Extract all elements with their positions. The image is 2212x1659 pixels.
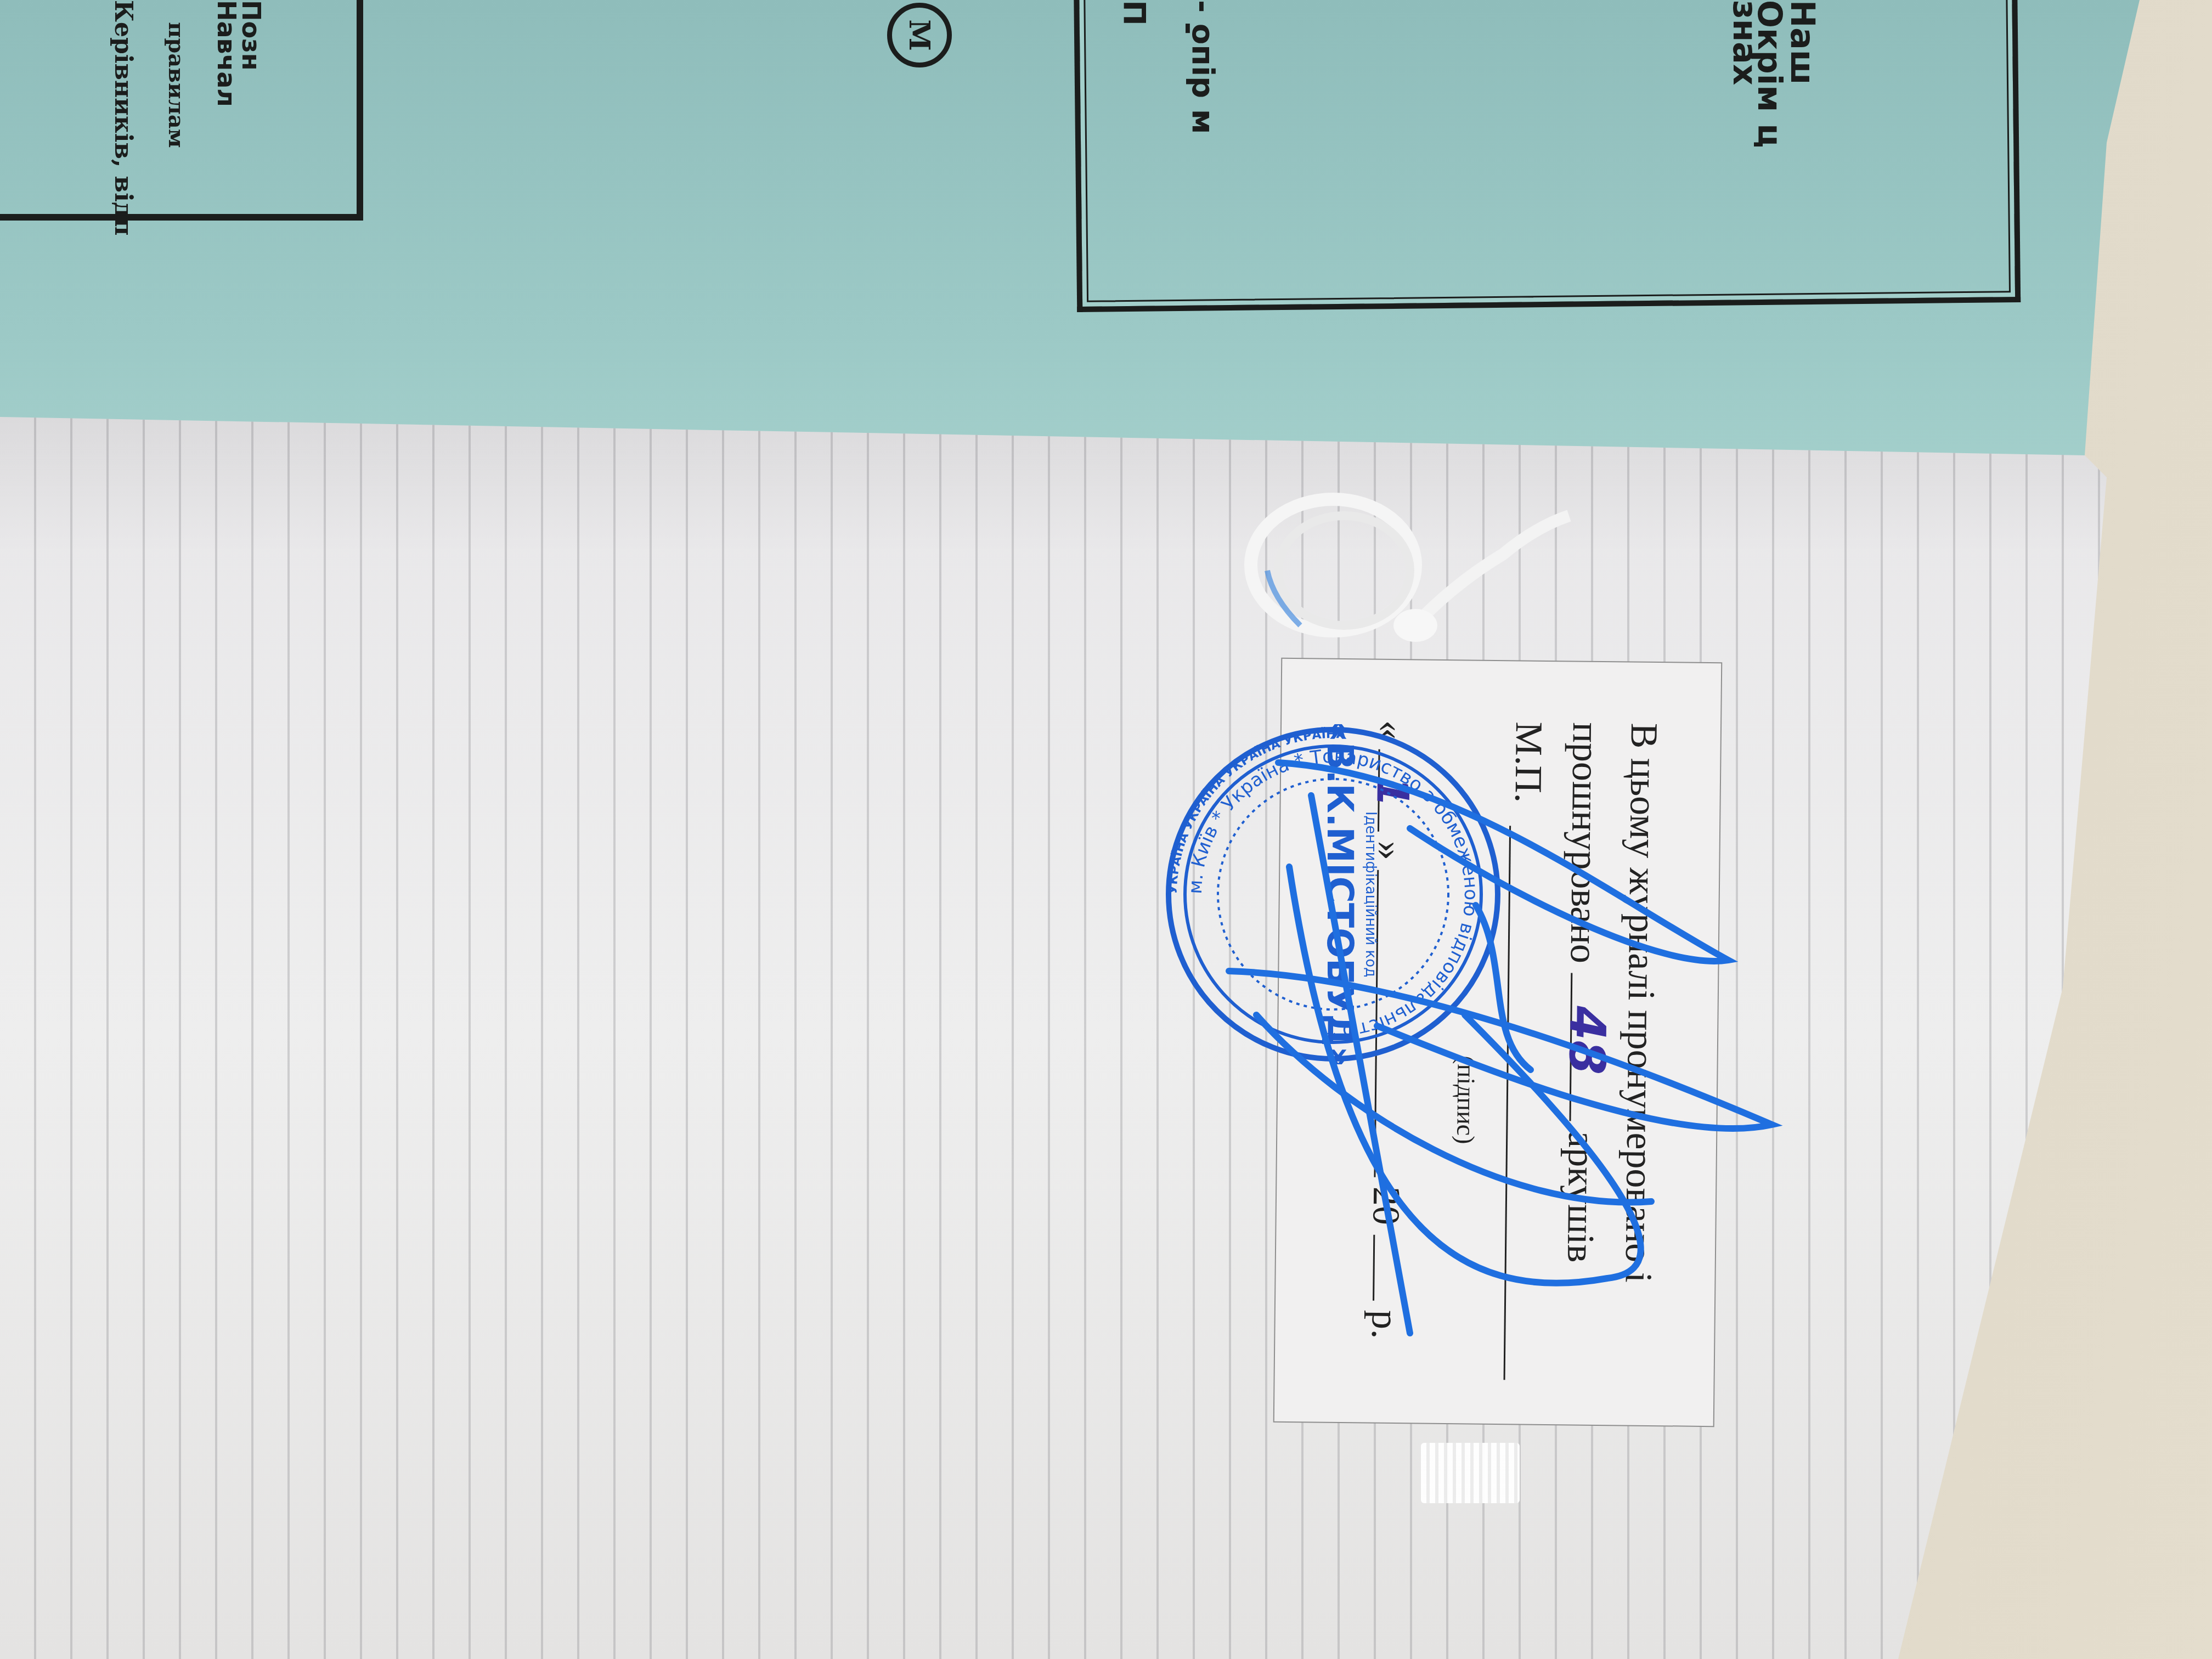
signature-scribble-icon bbox=[1180, 730, 1783, 1443]
journal-cover: Керівників, відп правилам Навчал Позн М … bbox=[0, 0, 2140, 472]
cover-text-line: Позн bbox=[236, 0, 266, 71]
cover-text-line: Керівників, відп bbox=[109, 0, 137, 235]
page-rulings bbox=[0, 411, 2118, 1659]
string-tassel bbox=[1421, 1443, 1520, 1503]
cover-text-line: П bbox=[1116, 0, 1152, 26]
m-badge-icon: М bbox=[887, 3, 952, 67]
ruled-page bbox=[0, 411, 2118, 1659]
lacing-string-icon bbox=[1218, 461, 1613, 669]
cover-text-line: - опір м bbox=[1185, 0, 1221, 134]
cover-text-line: правилам bbox=[163, 22, 189, 148]
cover-text-line: Наш bbox=[1783, 0, 1821, 84]
